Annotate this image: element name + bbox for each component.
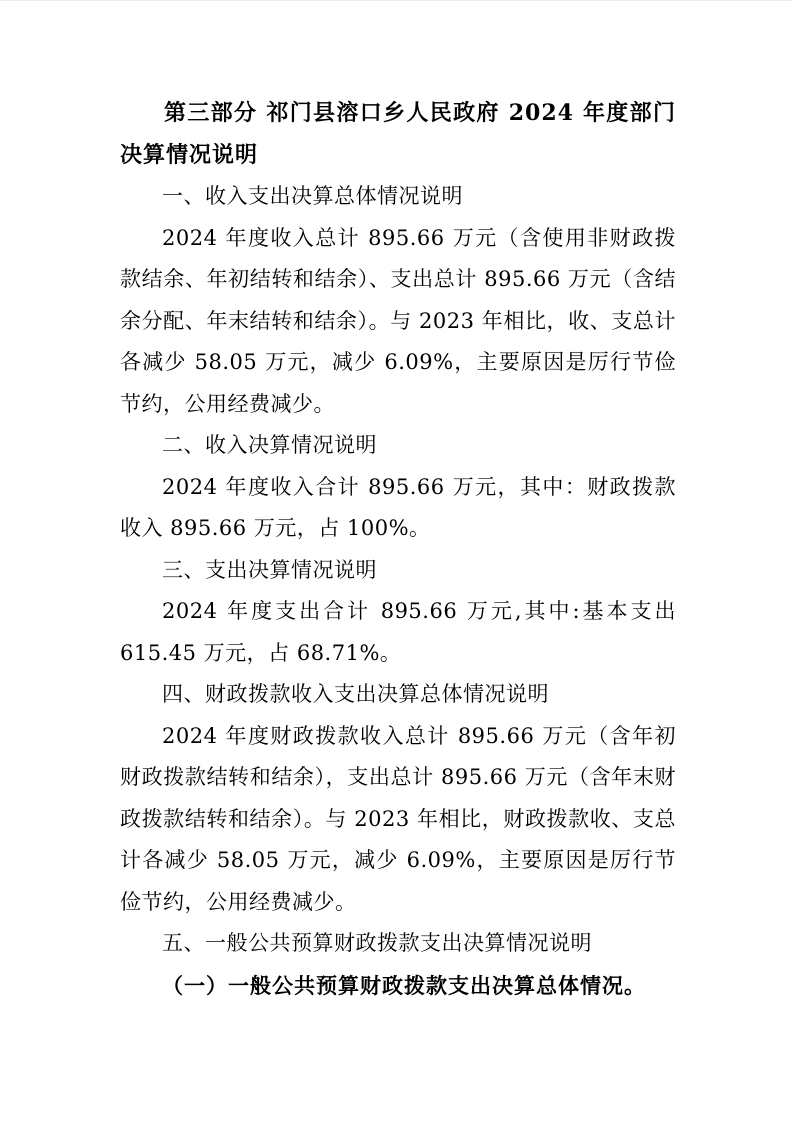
document-page: 第三部分 祁门县溶口乡人民政府 2024 年度部门决算情况说明 一、收入支出决算…	[0, 0, 793, 1122]
paragraph-fiscal-appropriation-overview: 2024 年度财政拨款收入总计 895.66 万元（含年初财政拨款结转和结余），…	[120, 716, 676, 924]
section-heading-income-final-accounts: 二、收入决算情况说明	[120, 425, 676, 467]
section-heading-fiscal-appropriation-overview: 四、财政拨款收入支出决算总体情况说明	[120, 674, 676, 716]
subheading-general-public-budget-overall: （一）一般公共预算财政拨款支出决算总体情况。	[120, 965, 676, 1007]
paragraph-income-expenditure-overview: 2024 年度收入总计 895.66 万元（含使用非财政拨款结余、年初结转和结余…	[120, 218, 676, 426]
paragraph-expenditure-final-accounts: 2024 年度支出合计 895.66 万元,其中:基本支出 615.45 万元，…	[120, 591, 676, 674]
section-heading-income-expenditure-overview: 一、收入支出决算总体情况说明	[120, 176, 676, 218]
document-title: 第三部分 祁门县溶口乡人民政府 2024 年度部门决算情况说明	[120, 93, 676, 176]
paragraph-income-final-accounts: 2024 年度收入合计 895.66 万元，其中：财政拨款收入 895.66 万…	[120, 467, 676, 550]
section-heading-general-public-budget-expenditure: 五、一般公共预算财政拨款支出决算情况说明	[120, 923, 676, 965]
document-body: 第三部分 祁门县溶口乡人民政府 2024 年度部门决算情况说明 一、收入支出决算…	[120, 93, 676, 1006]
section-heading-expenditure-final-accounts: 三、支出决算情况说明	[120, 550, 676, 592]
